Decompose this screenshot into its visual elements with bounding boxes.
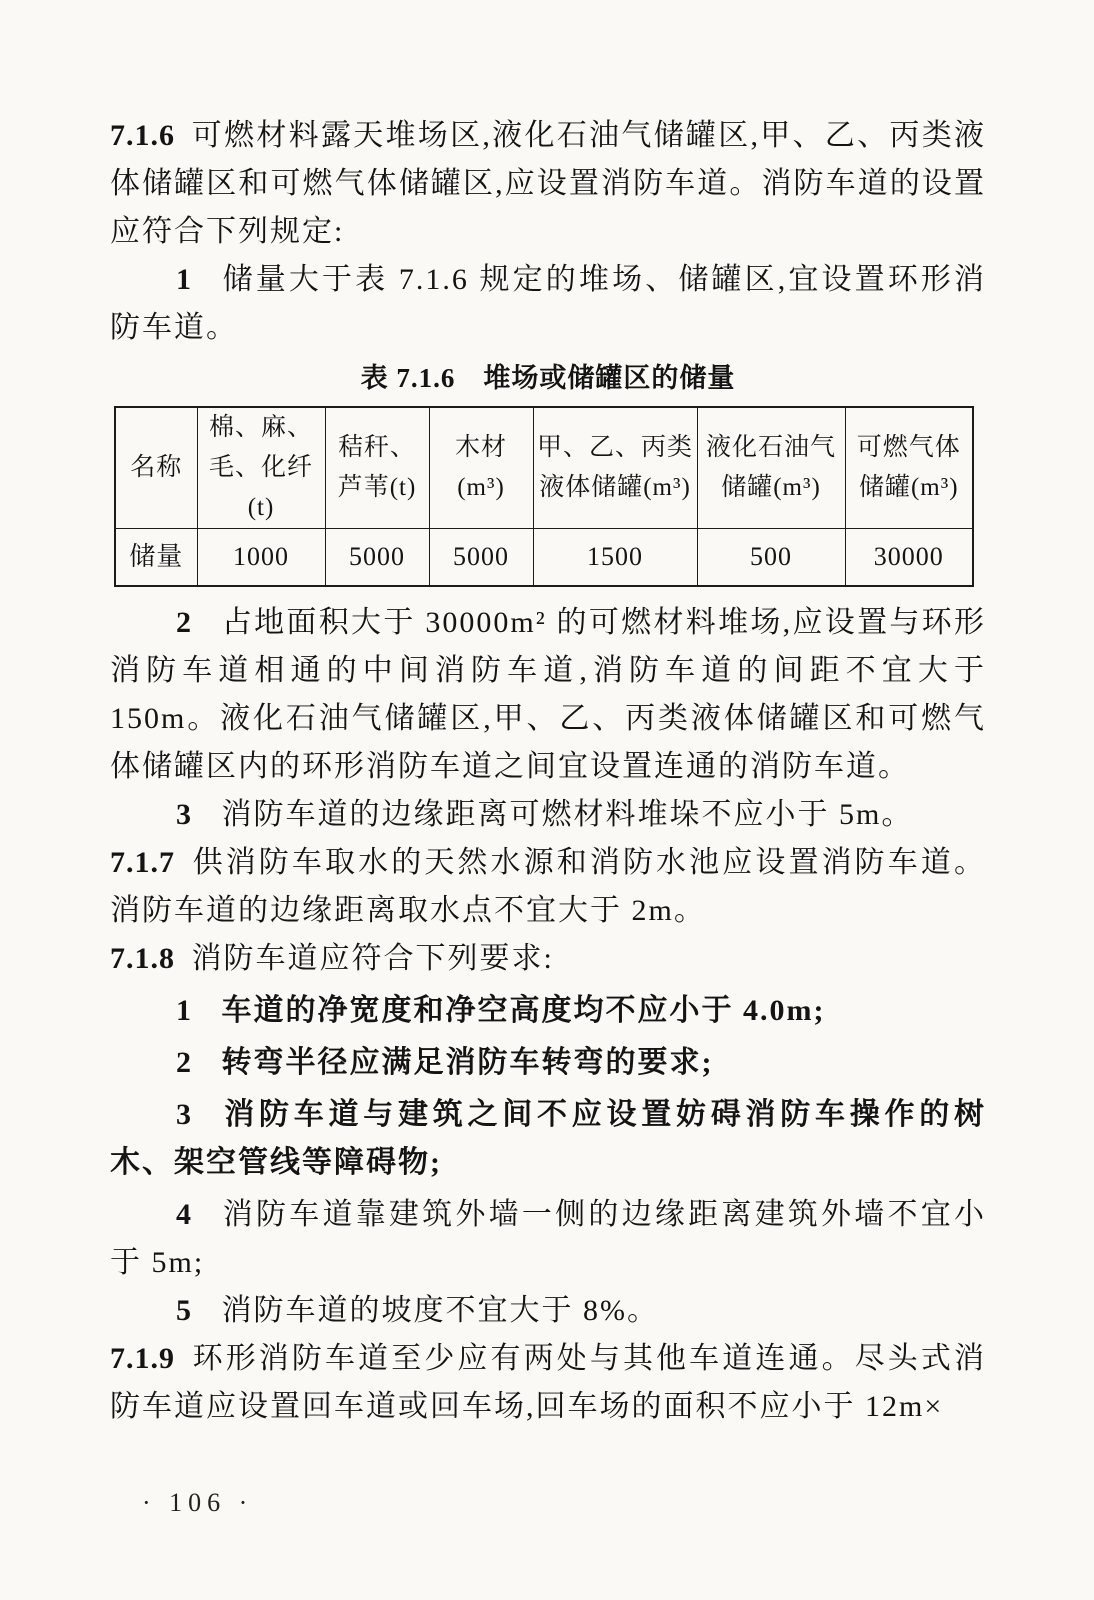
item-7-1-6-1: 1储量大于表 7.1.6 规定的堆场、储罐区,宜设置环形消防车道。 [110,256,986,352]
table-value-cotton: 1000 [197,529,325,587]
table-data-row: 储量 1000 5000 5000 1500 500 30000 [115,529,973,587]
item-7-1-6-3-number: 3 [176,798,193,831]
clause-7-1-8-number: 7.1.8 [110,942,175,975]
clause-7-1-6: 7.1.6可燃材料露天堆场区,液化石油气储罐区,甲、乙、丙类液体储罐区和可燃气体… [110,112,986,256]
table-header-cotton: 棉、麻、毛、化纤(t) [197,407,325,529]
item-7-1-6-1-number: 1 [176,263,193,296]
item-7-1-6-2: 2占地面积大于 30000m² 的可燃材料堆场,应设置与环形消防车道相通的中间消… [110,599,986,791]
table-value-gas-tank: 30000 [845,529,973,587]
item-7-1-8-3: 3消防车道与建筑之间不应设置妨碍消防车操作的树木、架空管线等障碍物; [110,1091,986,1187]
table-title: 表 7.1.6 堆场或储罐区的储量 [110,358,986,398]
table-row-label: 储量 [115,529,197,587]
table-header-straw: 秸秆、芦苇(t) [325,407,429,529]
clause-7-1-9-number: 7.1.9 [110,1342,175,1375]
clause-7-1-7-number: 7.1.7 [110,846,175,879]
item-7-1-8-2-number: 2 [176,1046,193,1079]
item-7-1-8-3-text: 消防车道与建筑之间不应设置妨碍消防车操作的树木、架空管线等障碍物; [110,1098,986,1179]
item-7-1-8-4: 4消防车道靠建筑外墙一侧的边缘距离建筑外墙不宜小于 5m; [110,1191,986,1287]
item-7-1-8-1-number: 1 [176,994,193,1027]
clause-7-1-6-number: 7.1.6 [110,119,175,152]
clause-7-1-6-text: 可燃材料露天堆场区,液化石油气储罐区,甲、乙、丙类液体储罐区和可燃气体储罐区,应… [110,119,986,248]
clause-7-1-7: 7.1.7供消防车取水的天然水源和消防水池应设置消防车道。消防车道的边缘距离取水… [110,839,986,935]
clause-7-1-7-text: 供消防车取水的天然水源和消防水池应设置消防车道。消防车道的边缘距离取水点不宜大于… [110,846,986,927]
item-7-1-6-1-text: 储量大于表 7.1.6 规定的堆场、储罐区,宜设置环形消防车道。 [110,263,986,344]
clause-7-1-9: 7.1.9环形消防车道至少应有两处与其他车道连通。尽头式消防车道应设置回车道或回… [110,1335,986,1431]
storage-table: 名称 棉、麻、毛、化纤(t) 秸秆、芦苇(t) 木材(m³) 甲、乙、丙类液体储… [114,406,974,587]
item-7-1-8-2: 2转弯半径应满足消防车转弯的要求; [110,1039,986,1087]
item-7-1-8-5-text: 消防车道的坡度不宜大于 8%。 [222,1294,660,1327]
item-7-1-8-4-text: 消防车道靠建筑外墙一侧的边缘距离建筑外墙不宜小于 5m; [110,1198,986,1279]
clause-7-1-8-text: 消防车道应符合下列要求: [192,942,554,975]
item-7-1-8-5: 5消防车道的坡度不宜大于 8%。 [110,1287,986,1335]
clause-7-1-8: 7.1.8消防车道应符合下列要求: [110,935,986,983]
table-value-wood: 5000 [429,529,533,587]
item-7-1-8-2-text: 转弯半径应满足消防车转弯的要求; [222,1046,714,1079]
table-value-lpg-tank: 500 [697,529,845,587]
document-page: 7.1.6可燃材料露天堆场区,液化石油气储罐区,甲、乙、丙类液体储罐区和可燃气体… [0,0,1094,1600]
table-header-liquid-tank: 甲、乙、丙类液体储罐(m³) [533,407,697,529]
table-header-gas-tank: 可燃气体储罐(m³) [845,407,973,529]
table-value-straw: 5000 [325,529,429,587]
table-header-lpg-tank: 液化石油气储罐(m³) [697,407,845,529]
item-7-1-6-2-number: 2 [176,606,193,639]
clause-7-1-9-text: 环形消防车道至少应有两处与其他车道连通。尽头式消防车道应设置回车道或回车场,回车… [110,1342,986,1423]
item-7-1-8-3-number: 3 [176,1098,193,1131]
table-header-row: 名称 棉、麻、毛、化纤(t) 秸秆、芦苇(t) 木材(m³) 甲、乙、丙类液体储… [115,407,973,529]
page-number: · 106 · [142,1488,253,1518]
item-7-1-6-3-text: 消防车道的边缘距离可燃材料堆垛不应小于 5m。 [222,798,914,831]
table-value-liquid-tank: 1500 [533,529,697,587]
item-7-1-8-5-number: 5 [176,1294,193,1327]
table-header-wood: 木材(m³) [429,407,533,529]
item-7-1-8-4-number: 4 [176,1198,193,1231]
table-header-name: 名称 [115,407,197,529]
item-7-1-6-2-text: 占地面积大于 30000m² 的可燃材料堆场,应设置与环形消防车道相通的中间消防… [110,606,986,783]
item-7-1-8-1-text: 车道的净宽度和净空高度均不应小于 4.0m; [222,994,826,1027]
item-7-1-8-1: 1车道的净宽度和净空高度均不应小于 4.0m; [110,987,986,1035]
item-7-1-6-3: 3消防车道的边缘距离可燃材料堆垛不应小于 5m。 [110,791,986,839]
